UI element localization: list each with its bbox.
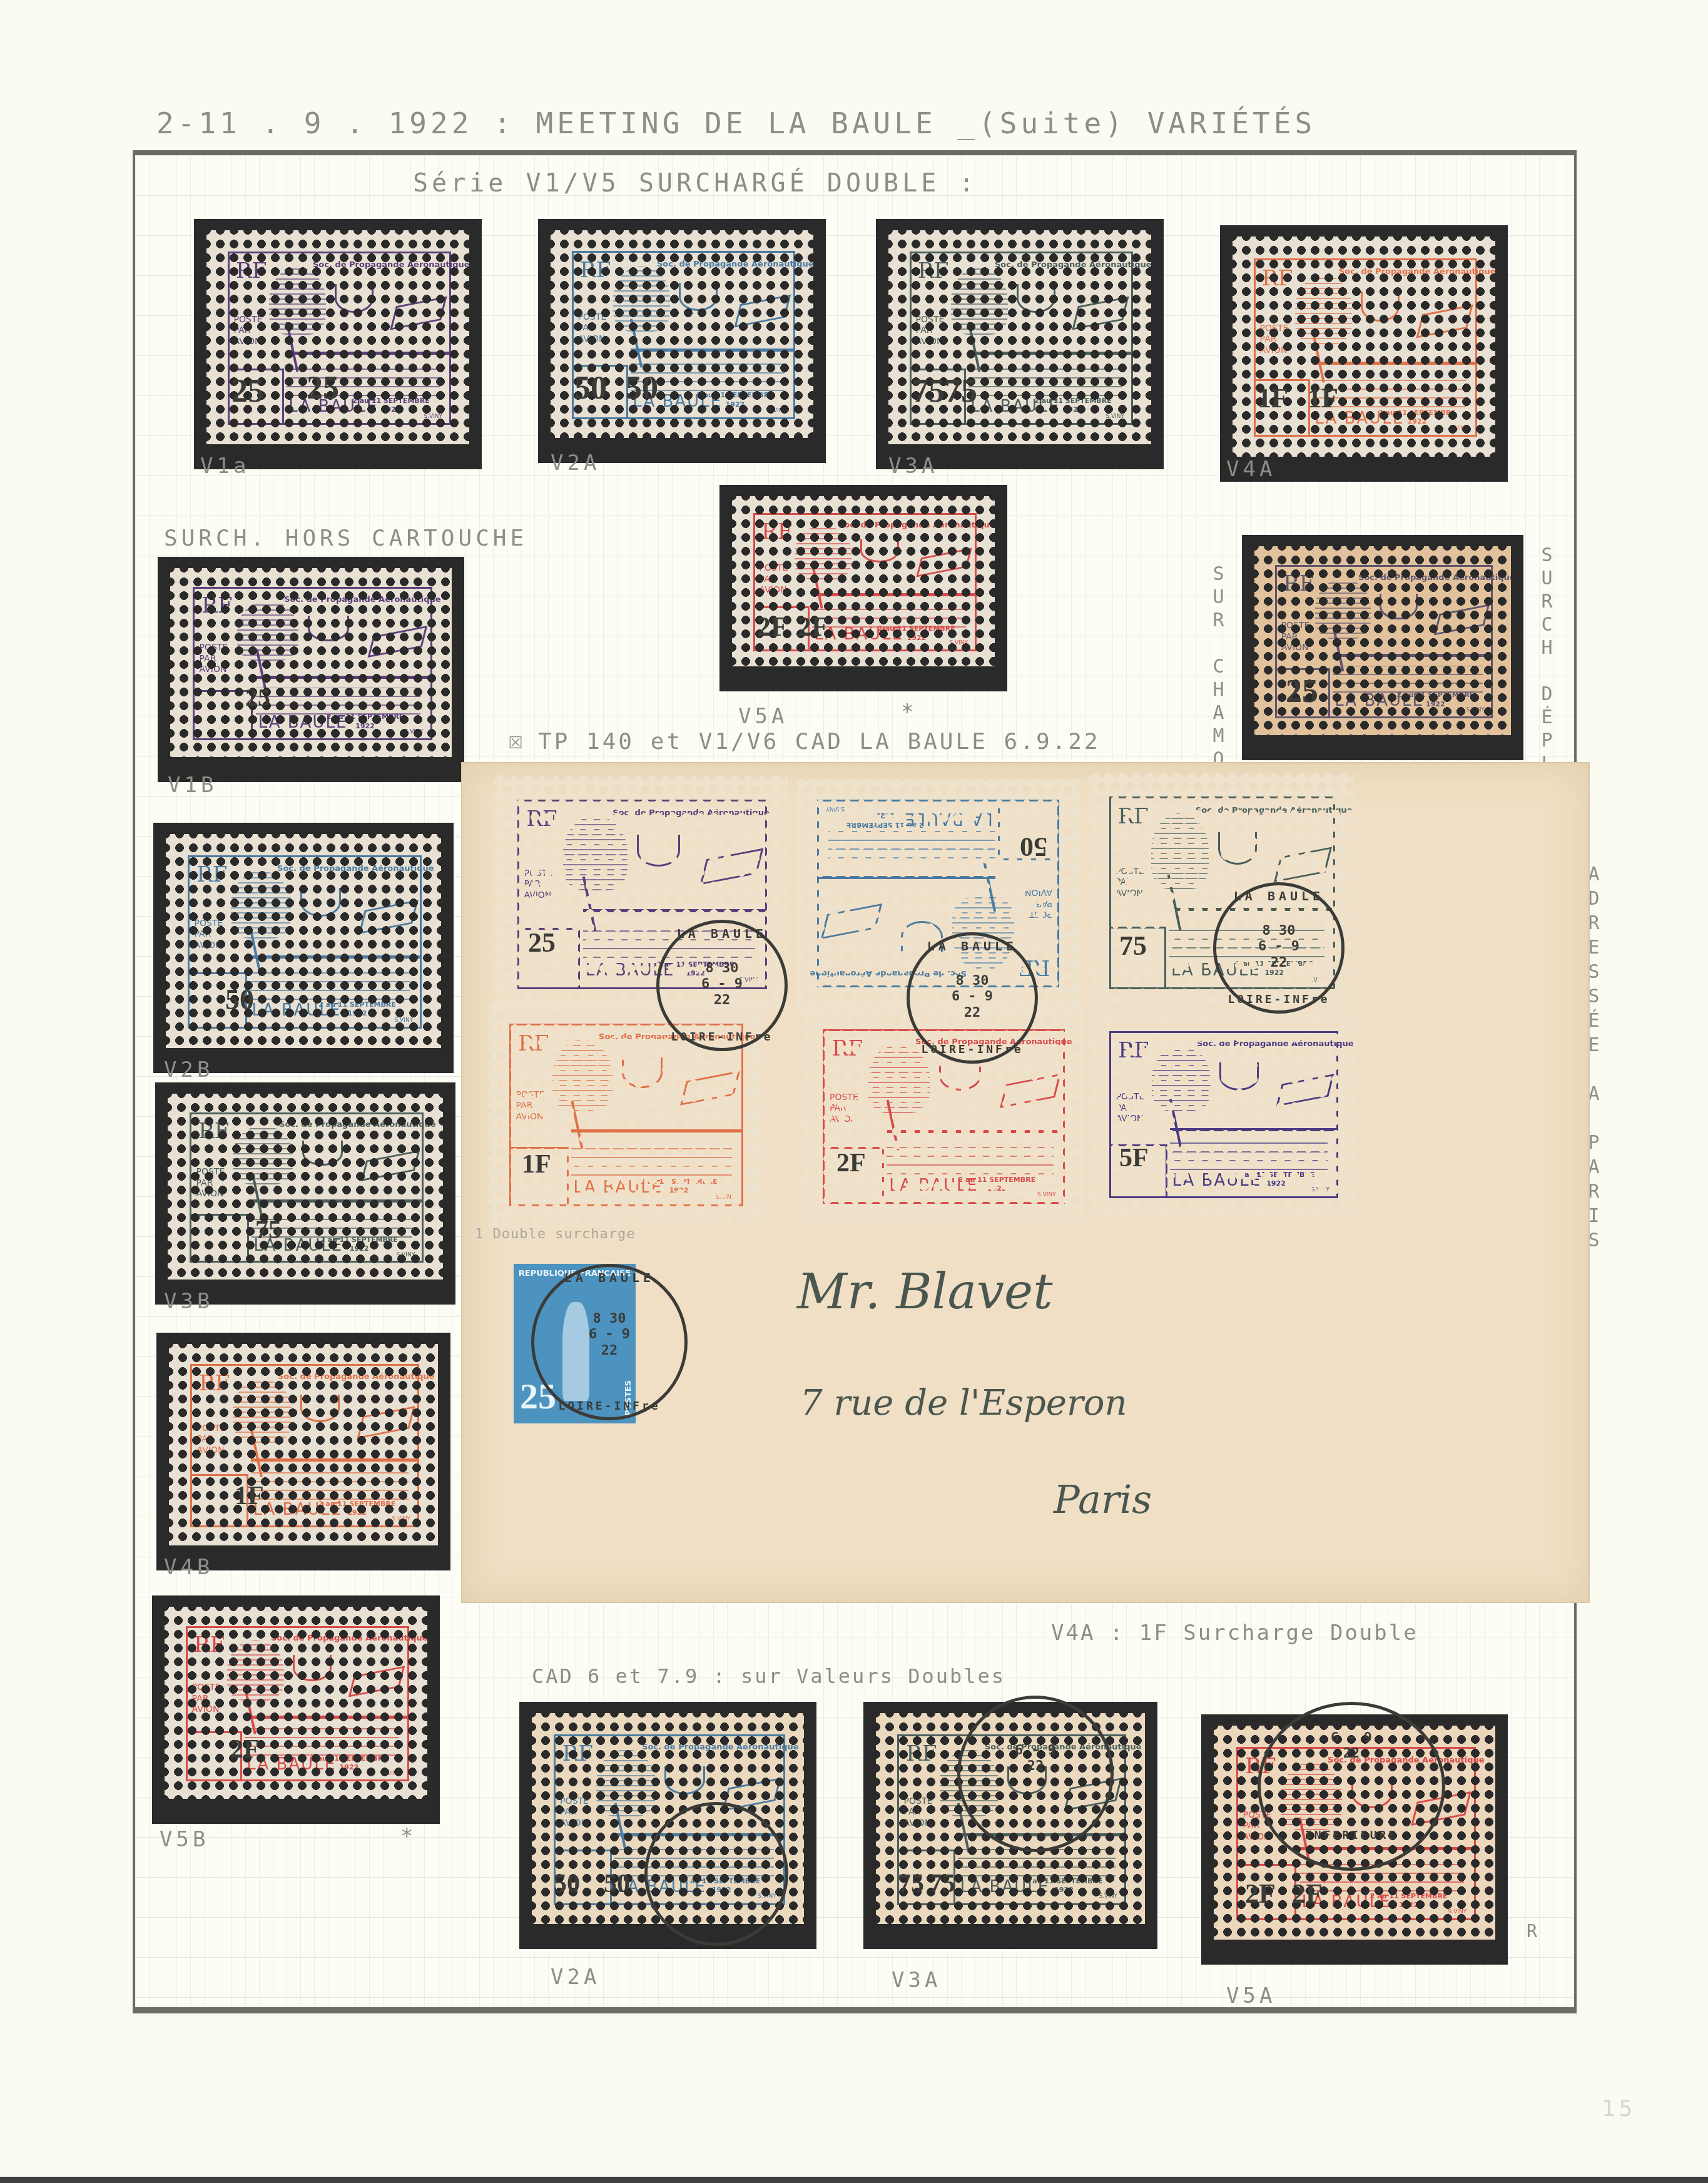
postmark-la-baule: LA BAULE 8 306 - 922 LOIRE-INFre xyxy=(907,932,1038,1064)
stamp-v2a-cancelled[interactable]: RFSoc. de Propagande Aéronautique POSTEP… xyxy=(519,1702,816,1949)
overprint: 50 xyxy=(574,372,607,405)
postmark-la-baule: LA BAULE 8 306 - 922 LOIRE-INFre xyxy=(656,920,788,1051)
overprint: 75 xyxy=(255,1217,282,1243)
label-v2a: V2A xyxy=(551,450,600,476)
stamp-v4b[interactable]: RFSoc. de Propagande Aéronautique POSTEP… xyxy=(156,1333,450,1570)
label-v4a: V4A xyxy=(1226,457,1276,482)
overprint: 75 xyxy=(912,375,945,408)
second-overprint: 2F xyxy=(798,613,828,641)
postmark-la-baule: LA BAULE 8 306 - 922 LOIRE-INFre xyxy=(531,1264,688,1420)
address-line-city: Paris xyxy=(1054,1477,1152,1522)
stamp-chamois[interactable]: RFSoc. de Propagande Aéronautique POSTEP… xyxy=(1242,535,1523,760)
cover-caption: V4A : 1F Surcharge Double xyxy=(1051,1621,1418,1646)
overprint: 2F xyxy=(230,1736,260,1763)
section-heading-double-overprint: Série V1/V5 SURCHARGÉ DOUBLE : xyxy=(413,169,977,198)
page-title: 2-11 . 9 . 1922 : MEETING DE LA BAULE _(… xyxy=(156,106,1316,140)
postmark-la-baule: LA BAULE 8 306 - 922 LOIRE-INFre xyxy=(1213,882,1345,1014)
stamp-v4a[interactable]: RFSoc. de Propagande Aéronautique POSTEP… xyxy=(1220,225,1508,482)
stamp-v5b[interactable]: RFSoc. de Propagande Aéronautique POSTEP… xyxy=(152,1595,440,1824)
mark-v5b: * xyxy=(400,1824,417,1849)
label-v2a-cancelled: V2A xyxy=(551,1965,600,1990)
cover-envelope[interactable]: RFSoc. de Propagande Aéronautique POSTEP… xyxy=(461,762,1590,1603)
cover-heading: TP 140 et V1/V6 CAD LA BAULE 6.9.22 xyxy=(538,729,1101,755)
overprint: 25 xyxy=(245,685,270,710)
scan-edge xyxy=(0,2177,1708,2183)
label-v1b: V1B xyxy=(168,773,217,798)
tree-icon xyxy=(269,267,326,335)
cloud-icon xyxy=(335,284,374,313)
overprint: 25 xyxy=(231,375,264,408)
stamp-v3b[interactable]: RFSoc. de Propagande Aéronautique POSTEP… xyxy=(155,1082,455,1305)
address-line-street: 7 rue de l'Esperon xyxy=(800,1383,1127,1423)
stamp-v5a-cancelled[interactable]: RFSoc. de Propagande Aéronautique POSTEP… xyxy=(1201,1714,1508,1965)
stamp-v1a[interactable]: RF Soc. de Propagande Aéronautique POSTE… xyxy=(194,219,482,469)
mark-v5a: * xyxy=(901,700,917,725)
second-overprint: 75 xyxy=(945,375,977,408)
label-v3a-cancelled: V3A xyxy=(892,1968,941,1993)
label-v2b: V2B xyxy=(164,1057,213,1082)
overprint: 50 xyxy=(225,985,254,1014)
second-overprint: 1F xyxy=(1308,385,1338,412)
overprint: 2F xyxy=(757,613,788,641)
second-overprint: 50 xyxy=(626,372,658,405)
section-heading-cancelled-doubles: CAD 6 et 7.9 : sur Valeurs Doubles xyxy=(532,1664,1005,1688)
label-v5a: V5A xyxy=(738,704,788,729)
overprint: 25 xyxy=(1286,676,1318,708)
label-v5b: V5B xyxy=(160,1827,209,1852)
cover-icon: ☒ xyxy=(508,726,523,755)
double-surcharge-note: 1 Double surcharge xyxy=(475,1226,635,1242)
stamp-v2b[interactable]: RFSoc. de Propagande Aéronautique POSTEP… xyxy=(153,823,454,1073)
label-v3a: V3A xyxy=(888,454,938,479)
cover-stamp-5f[interactable]: RFSoc. de Propagande Aéronautique POSTEP… xyxy=(1088,1010,1357,1217)
address-line-name: Mr. Blavet xyxy=(797,1264,1053,1320)
stamp-v3a-cancelled[interactable]: RFSoc. de Propagande Aéronautique POSTEP… xyxy=(863,1702,1157,1949)
mark-v5a-cancelled: R xyxy=(1527,1921,1541,1941)
postmark: 6 - 922 INFERIEURE xyxy=(1258,1702,1445,1871)
overprint: 1F xyxy=(1258,385,1288,412)
stamp-v3a[interactable]: RFSoc. de Propagande Aéronautique POSTEP… xyxy=(876,219,1164,469)
label-v1a: V1a xyxy=(200,454,250,479)
postmark xyxy=(644,1802,788,1946)
biplane-icon xyxy=(390,297,447,330)
stamp-v5a[interactable]: RFSoc. de Propagande Aéronautique POSTEP… xyxy=(719,485,1007,691)
label-v5a-cancelled: V5A xyxy=(1226,1983,1276,2008)
label-v3b: V3B xyxy=(164,1289,213,1314)
stamp-v1b[interactable]: RFSoc. de Propagande Aéronautique POSTEP… xyxy=(158,557,464,782)
label-v4b: V4B xyxy=(164,1555,213,1580)
section-heading-hors-cartouche: SURCH. HORS CARTOUCHE xyxy=(164,526,527,551)
postmark: 6 - 922 xyxy=(957,1696,1114,1852)
second-overprint: 25 xyxy=(307,372,339,405)
page-number: 15 xyxy=(1602,2096,1636,2122)
overprint: 1F xyxy=(235,1483,264,1509)
stamp-v2a[interactable]: RFSoc. de Propagande Aéronautique POSTEP… xyxy=(538,219,826,463)
